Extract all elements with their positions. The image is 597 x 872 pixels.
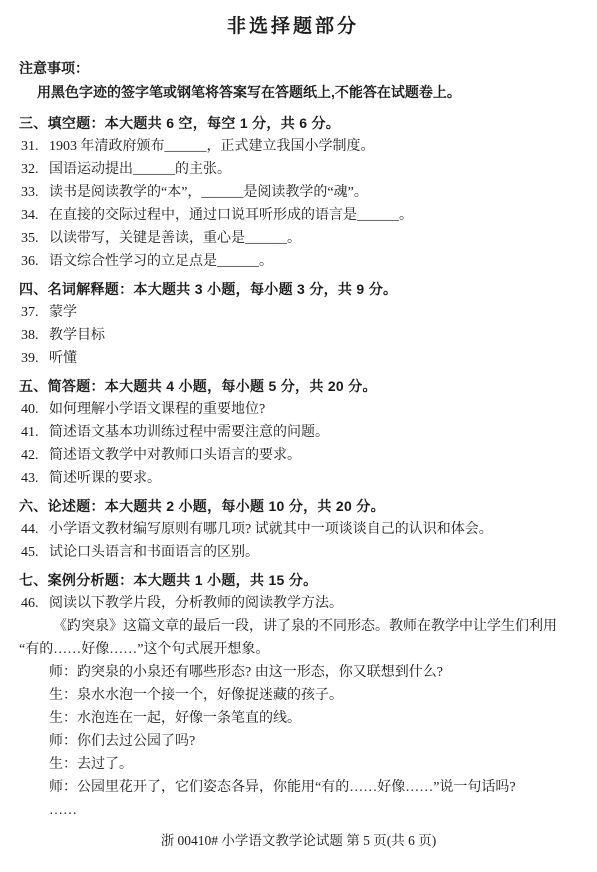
question-text: 试论口头语言和书面语言的区别。 [49,541,567,564]
question-text: 1903 年清政府颁布______，正式建立我国小学制度。 [49,135,567,158]
section-short-answer-heading: 五、简答题：本大题共 4 小题，每小题 5 分，共 20 分。 [19,375,567,398]
question-number: 34. [19,204,49,227]
question-42: 42. 简述语文教学中对教师口头语言的要求。 [19,444,567,467]
question-45: 45. 试论口头语言和书面语言的区别。 [19,541,567,564]
question-text: 如何理解小学语文课程的重要地位? [49,398,567,421]
dialogue-line-teacher-1: 师：趵突泉的小泉还有哪些形态? 由这一形态，你又联想到什么? [49,661,567,684]
question-number: 39. [19,347,49,370]
dialogue-line-teacher-2: 师：你们去过公园了吗? [49,730,567,753]
question-number: 33. [19,181,49,204]
question-number: 31. [19,135,49,158]
dialogue-line-student-1: 生：泉水水泡一个接一个，好像捉迷藏的孩子。 [49,684,567,707]
question-text: 语文综合性学习的立足点是______。 [49,250,567,273]
question-43: 43. 简述听课的要求。 [19,467,567,490]
page-footer: 浙 00410# 小学语文教学论试题 第 5 页(共 6 页) [0,829,597,849]
dialogue-line-student-2: 生：水泡连在一起，好像一条笔直的线。 [49,707,567,730]
question-text: 简述听课的要求。 [49,467,567,490]
question-text: 在直接的交际过程中，通过口说耳听形成的语言是______。 [49,204,567,227]
question-text: 教学目标 [49,324,567,347]
section-essay-heading: 六、论述题：本大题共 2 小题，每小题 10 分，共 20 分。 [19,495,567,518]
question-text: 国语运动提出______的主张。 [49,158,567,181]
question-text: 小学语文教材编写原则有哪几项? 试就其中一项谈谈自己的认识和体会。 [49,518,567,541]
question-38: 38. 教学目标 [19,324,567,347]
question-number: 42. [19,444,49,467]
notice-label: 注意事项： [19,56,567,80]
question-number: 35. [19,227,49,250]
question-31: 31. 1903 年清政府颁布______，正式建立我国小学制度。 [19,135,567,158]
question-number: 37. [19,301,49,324]
question-text: 读书是阅读教学的“本”，______是阅读教学的“魂”。 [49,181,567,204]
question-text: 蒙学 [49,301,567,324]
question-32: 32. 国语运动提出______的主张。 [19,158,567,181]
question-35: 35. 以读带写，关键是善读，重心是______。 [19,227,567,250]
question-number: 38. [19,324,49,347]
question-text: 阅读以下教学片段，分析教师的阅读教学方法。 [49,592,567,615]
question-text: 简述语文教学中对教师口头语言的要求。 [49,444,567,467]
case-passage: 《趵突泉》这篇文章的最后一段，讲了泉的不同形态。教师在教学中让学生们利用“有的…… [19,615,567,661]
dialogue-line-teacher-3: 师：公园里花开了，它们姿态各异，你能用“有的……好像……”说一句话吗? [49,776,567,799]
question-number: 44. [19,518,49,541]
question-40: 40. 如何理解小学语文课程的重要地位? [19,398,567,421]
question-text: 以读带写，关键是善读，重心是______。 [49,227,567,250]
dialogue-line-student-3: 生：去过了。 [49,753,567,776]
section-definitions-heading: 四、名词解释题：本大题共 3 小题，每小题 3 分，共 9 分。 [19,278,567,301]
question-number: 41. [19,421,49,444]
exam-paper-page: 非选择题部分 注意事项： 用黑色字迹的签字笔或钢笔将答案写在答题纸上,不能答在试… [0,0,597,872]
question-46: 46. 阅读以下教学片段，分析教师的阅读教学方法。 [19,592,567,615]
question-number: 40. [19,398,49,421]
section-fill-in-blanks-heading: 三、填空题：本大题共 6 空，每空 1 分，共 6 分。 [19,112,567,135]
question-37: 37. 蒙学 [19,301,567,324]
question-text: 简述语文基本功训练过程中需要注意的问题。 [49,421,567,444]
notice-text: 用黑色字迹的签字笔或钢笔将答案写在答题纸上,不能答在试题卷上。 [19,80,567,105]
question-number: 45. [19,541,49,564]
question-number: 36. [19,250,49,273]
question-39: 39. 听懂 [19,347,567,370]
question-41: 41. 简述语文基本功训练过程中需要注意的问题。 [19,421,567,444]
page-title: 非选择题部分 [19,14,567,40]
section-case-analysis-heading: 七、案例分析题：本大题共 1 小题，共 15 分。 [19,569,567,592]
dialogue-ellipsis: …… [49,799,567,822]
question-number: 43. [19,467,49,490]
question-text: 听懂 [49,347,567,370]
question-36: 36. 语文综合性学习的立足点是______。 [19,250,567,273]
question-number: 32. [19,158,49,181]
question-33: 33. 读书是阅读教学的“本”，______是阅读教学的“魂”。 [19,181,567,204]
question-34: 34. 在直接的交际过程中，通过口说耳听形成的语言是______。 [19,204,567,227]
question-number: 46. [19,592,49,615]
question-44: 44. 小学语文教材编写原则有哪几项? 试就其中一项谈谈自己的认识和体会。 [19,518,567,541]
